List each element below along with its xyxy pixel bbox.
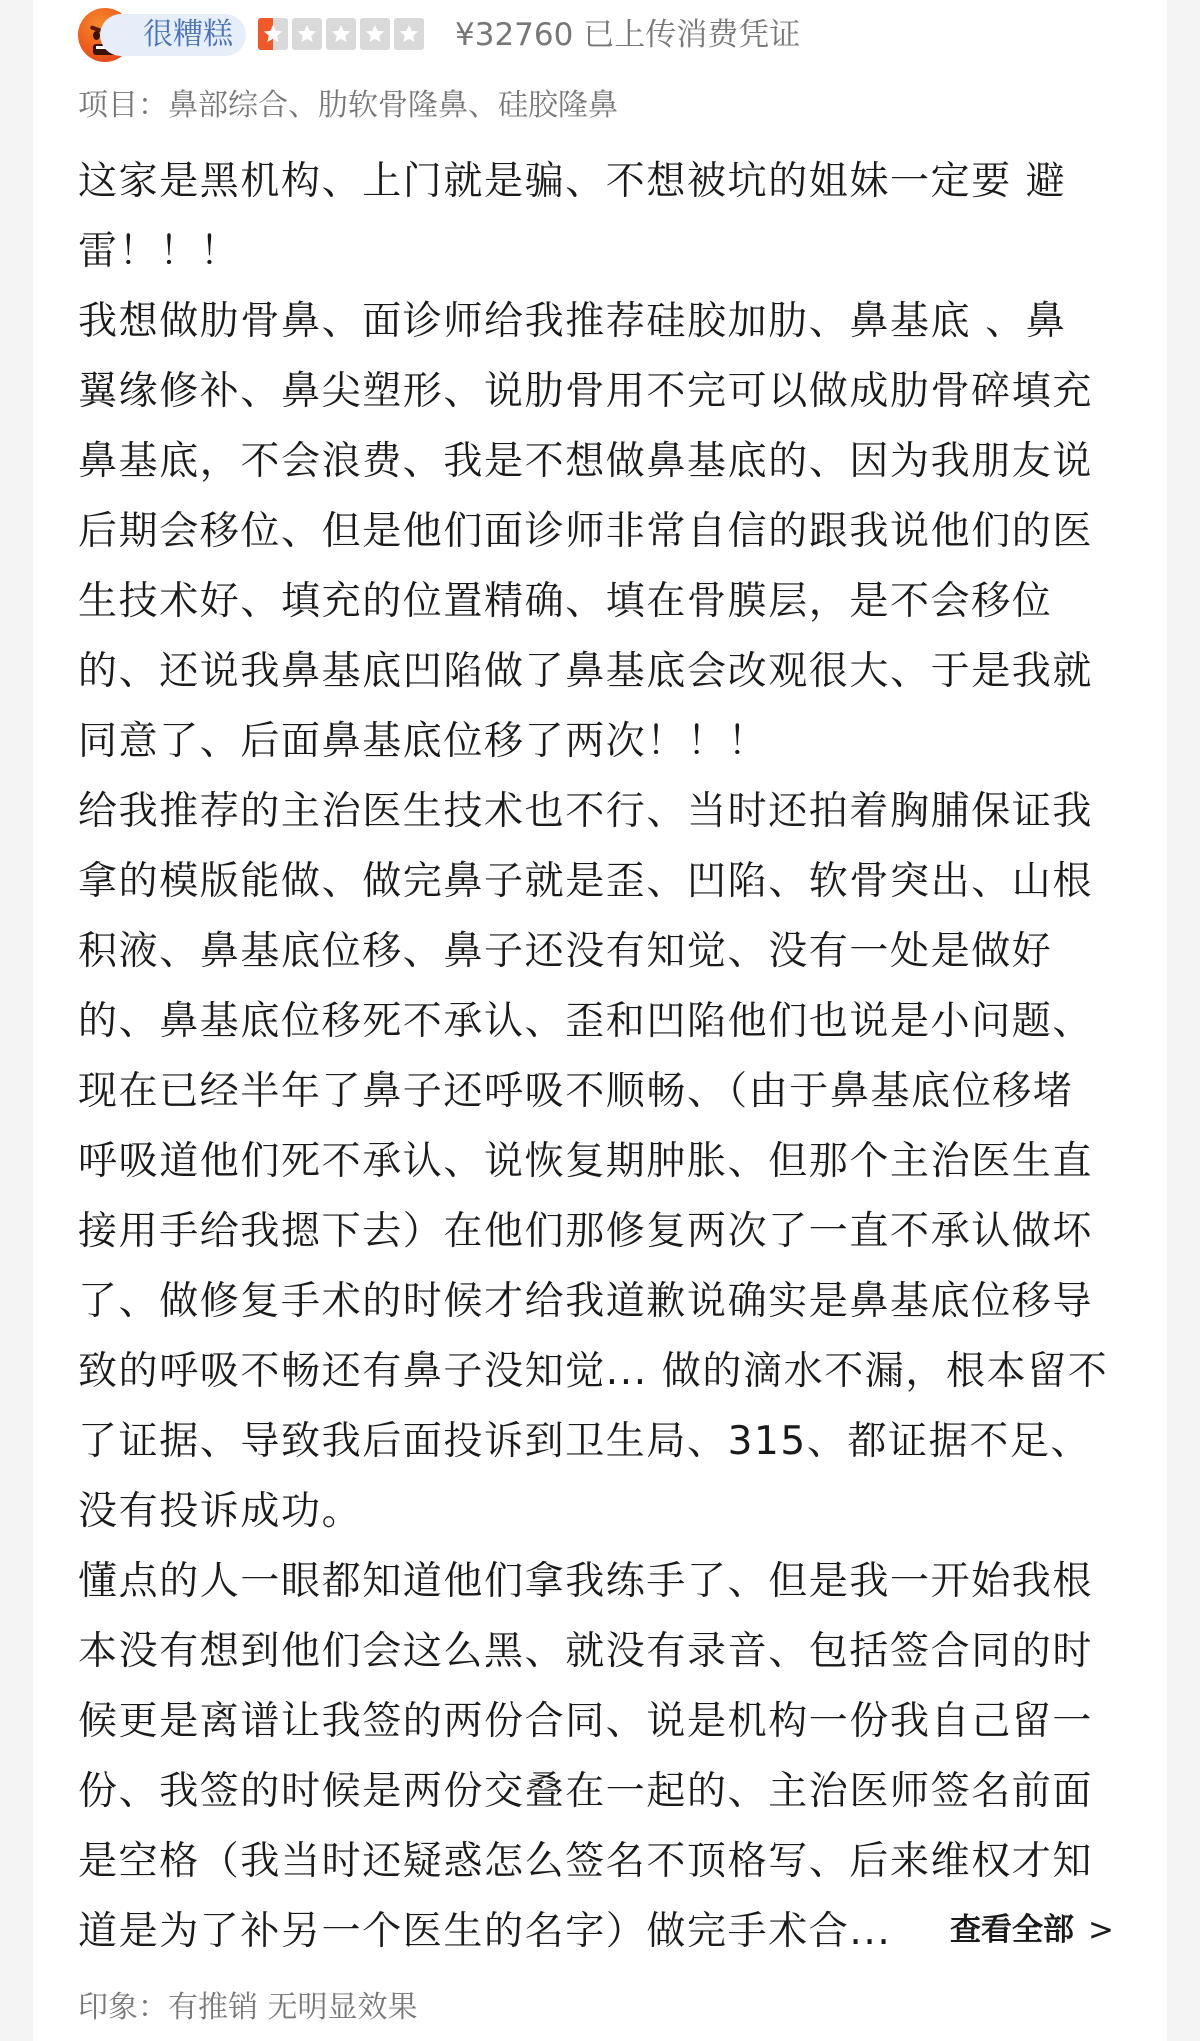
chevron-right-icon: > bbox=[1088, 1912, 1114, 1948]
review-line: 的、鼻基底位移死不承认、歪和凹陷他们也说是小问题、 bbox=[78, 987, 1128, 1057]
review-line: 份、我签的时候是两份交叠在一起的、主治医师签名前面 bbox=[78, 1757, 1128, 1827]
review-line: 同意了、后面鼻基底位移了两次！！！ bbox=[78, 707, 1128, 777]
review-line: 现在已经半年了鼻子还呼吸不顺畅、（由于鼻基底位移堵 bbox=[78, 1057, 1128, 1127]
impression-tags: 印象：有推销 无明显效果 bbox=[78, 1988, 418, 2028]
review-line: 接用手给我摁下去）在他们那修复两次了一直不承认做坏 bbox=[78, 1197, 1128, 1267]
review-line: 是空格（我当时还疑惑怎么签名不顶格写、后来维权才知 bbox=[78, 1827, 1128, 1897]
view-all-label: 查看全部 bbox=[950, 1912, 1074, 1948]
review-line: 生技术好、填充的位置精确、填在骨膜层，是不会移位 bbox=[78, 567, 1128, 637]
review-line: 的、还说我鼻基底凹陷做了鼻基底会改观很大、于是我就 bbox=[78, 637, 1128, 707]
review-line: 翼缘修补、鼻尖塑形、说肋骨用不完可以做成肋骨碎填充 bbox=[78, 357, 1128, 427]
rating-label: 很糟糕 bbox=[143, 14, 233, 56]
review-line: 懂点的人一眼都知道他们拿我练手了、但是我一开始我根 bbox=[78, 1547, 1128, 1617]
review-line: 了证据、导致我后面投诉到卫生局、315、都证据不足、 bbox=[78, 1407, 1128, 1477]
project-tags: 项目：鼻部综合、肋软骨隆鼻、硅胶隆鼻 bbox=[78, 86, 618, 126]
review-line: 了、做修复手术的时候才给我道歉说确实是鼻基底位移导 bbox=[78, 1267, 1128, 1337]
review-line: 积液、鼻基底位移、鼻子还没有知觉、没有一处是做好 bbox=[78, 917, 1128, 987]
star-rating bbox=[258, 18, 424, 50]
star-icon bbox=[326, 18, 356, 50]
star-icon bbox=[292, 18, 322, 50]
review-line: 本没有想到他们会这么黑、就没有录音、包括签合同的时 bbox=[78, 1617, 1128, 1687]
review-line: 没有投诉成功。 bbox=[78, 1477, 1128, 1547]
review-line: 给我推荐的主治医生技术也不行、当时还拍着胸脯保证我 bbox=[78, 777, 1128, 847]
review-line: 鼻基底，不会浪费、我是不想做鼻基底的、因为我朋友说 bbox=[78, 427, 1128, 497]
review-line: 呼吸道他们死不承认、说恢复期肿胀、但那个主治医生直 bbox=[78, 1127, 1128, 1197]
review-line: 雷！！！ bbox=[78, 217, 1128, 287]
review-line: 这家是黑机构、上门就是骗、不想被坑的姐妹一定要 避 bbox=[78, 147, 1128, 217]
star-icon bbox=[394, 18, 424, 50]
view-all-button[interactable]: 查看全部> bbox=[950, 1907, 1114, 1953]
review-body: 这家是黑机构、上门就是骗、不想被坑的姐妹一定要 避 雷！！！ 我想做肋骨鼻、面诊… bbox=[78, 147, 1128, 1967]
review-line: 我想做肋骨鼻、面诊师给我推荐硅胶加肋、鼻基底 、鼻 bbox=[78, 287, 1128, 357]
review-line: 致的呼吸不畅还有鼻子没知觉... 做的滴水不漏，根本留不 bbox=[78, 1337, 1128, 1407]
price-receipt-text: ¥32760 已上传消费凭证 bbox=[455, 14, 800, 56]
star-icon bbox=[360, 18, 390, 50]
review-line: 拿的模版能做、做完鼻子就是歪、凹陷、软骨突出、山根 bbox=[78, 847, 1128, 917]
review-line: 后期会移位、但是他们面诊师非常自信的跟我说他们的医 bbox=[78, 497, 1128, 567]
star-icon bbox=[258, 18, 288, 50]
review-line: 候更是离谱让我签的两份合同、说是机构一份我自己留一 bbox=[78, 1687, 1128, 1757]
